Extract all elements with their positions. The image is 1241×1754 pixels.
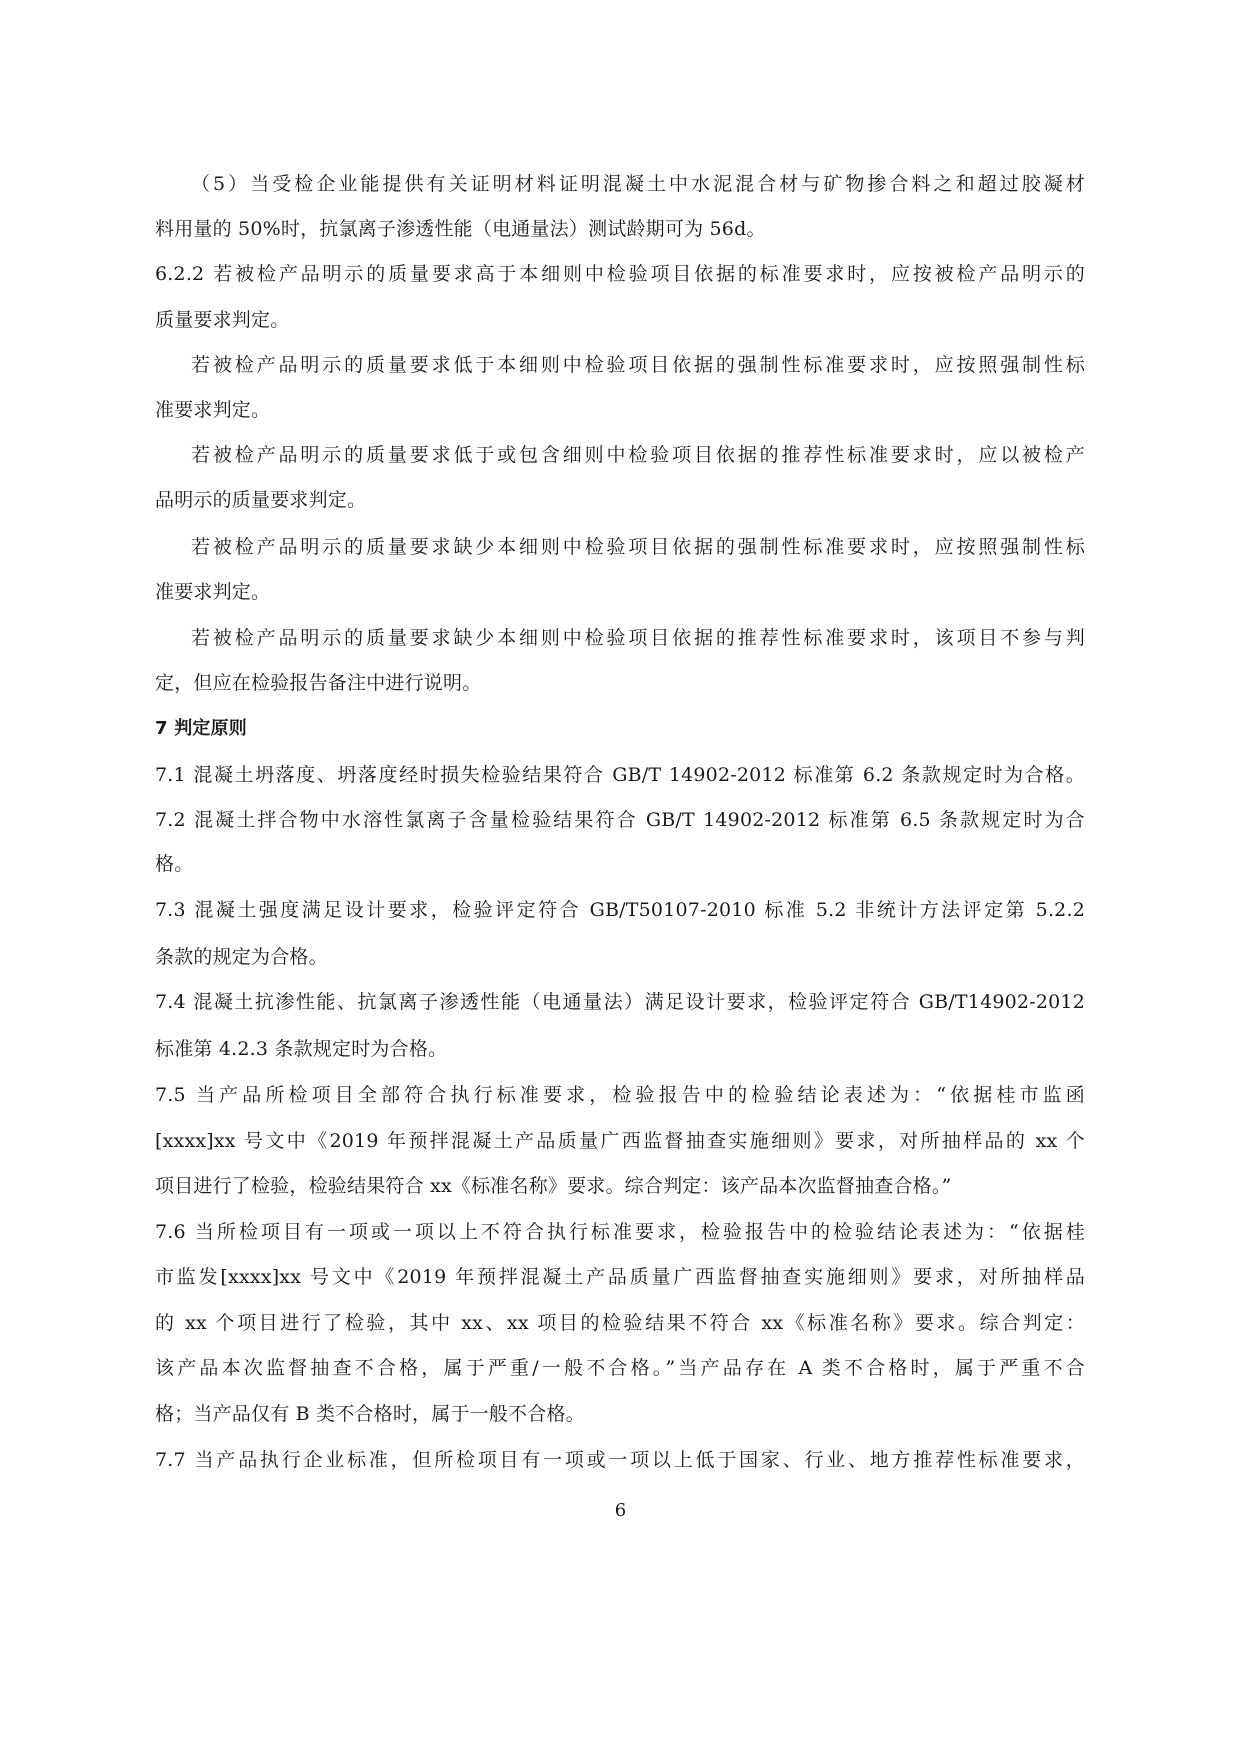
paragraph-recommended-missing-line-2: 定，但应在检验报告备注中进行说明。 — [155, 671, 1085, 695]
clause-7-6-line-2: 市监发[xxxx]xx 号文中《2019 年预拌混凝土产品质量广西监督抽查实施细… — [155, 1265, 1085, 1289]
clause-7-3-line-1: 7.3 混凝土强度满足设计要求，检验评定符合 GB/T50107-2010 标准… — [155, 898, 1085, 922]
paragraph-recommended-missing-line-1: 若被检产品明示的质量要求缺少本细则中检验项目依据的推荐性标准要求时，该项目不参与… — [191, 626, 1085, 650]
clause-7-2-line-2: 格。 — [155, 852, 1085, 876]
clause-7-6-line-4: 该产品本次监督抽查不合格，属于严重/一般不合格。”当产品存在 A 类不合格时，属… — [155, 1356, 1085, 1380]
paragraph-recommended-lower-line-2: 品明示的质量要求判定。 — [155, 488, 1085, 512]
clause-7-5-line-2: [xxxx]xx 号文中《2019 年预拌混凝土产品质量广西监督抽查实施细则》要… — [155, 1129, 1085, 1153]
clause-6-2-2-line-2: 质量要求判定。 — [155, 308, 1085, 332]
clause-6-2-2-line-1: 6.2.2 若被检产品明示的质量要求高于本细则中检验项目依据的标准要求时，应按被… — [155, 262, 1085, 286]
paragraph-mandatory-lower-line-1: 若被检产品明示的质量要求低于本细则中检验项目依据的强制性标准要求时，应按照强制性… — [191, 353, 1085, 377]
paragraph-recommended-lower-line-1: 若被检产品明示的质量要求低于或包含细则中检验项目依据的推荐性标准要求时，应以被检… — [191, 443, 1085, 467]
clause-7-4-line-2: 标准第 4.2.3 条款规定时为合格。 — [155, 1037, 1085, 1061]
paragraph-5-line-2: 料用量的 50%时，抗氯离子渗透性能（电通量法）测试龄期可为 56d。 — [155, 217, 1085, 241]
document-page: （5）当受检企业能提供有关证明材料证明混凝土中水泥混合材与矿物掺合料之和超过胶凝… — [0, 0, 1241, 1754]
paragraph-mandatory-missing-line-1: 若被检产品明示的质量要求缺少本细则中检验项目依据的强制性标准要求时，应按照强制性… — [191, 535, 1085, 559]
clause-7-6-line-1: 7.6 当所检项目有一项或一项以上不符合执行标准要求，检验报告中的检验结论表述为… — [155, 1220, 1085, 1244]
clause-7-6-line-5: 格；当产品仅有 B 类不合格时，属于一般不合格。 — [155, 1402, 1085, 1426]
paragraph-5-line-1: （5）当受检企业能提供有关证明材料证明混凝土中水泥混合材与矿物掺合料之和超过胶凝… — [191, 172, 1085, 196]
clause-7-7-line-1: 7.7 当产品执行企业标准，但所检项目有一项或一项以上低于国家、行业、地方推荐性… — [155, 1448, 1085, 1472]
clause-7-4-line-1: 7.4 混凝土抗渗性能、抗氯离子渗透性能（电通量法）满足设计要求，检验评定符合 … — [155, 990, 1085, 1014]
paragraph-mandatory-lower-line-2: 准要求判定。 — [155, 398, 1085, 422]
clause-7-1: 7.1 混凝土坍落度、坍落度经时损失检验结果符合 GB/T 14902-2012… — [155, 763, 1085, 787]
clause-7-3-line-2: 条款的规定为合格。 — [155, 945, 1085, 969]
section-heading-7: 7 判定原则 — [155, 717, 1085, 741]
clause-7-6-line-3: 的 xx 个项目进行了检验，其中 xx、xx 项目的检验结果不符合 xx《标准名… — [155, 1311, 1085, 1335]
clause-7-5-line-3: 项目进行了检验，检验结果符合 xx《标准名称》要求。综合判定：该产品本次监督抽查… — [155, 1174, 1085, 1198]
clause-7-2-line-1: 7.2 混凝土拌合物中水溶性氯离子含量检验结果符合 GB/T 14902-201… — [155, 808, 1085, 832]
clause-7-5-line-1: 7.5 当产品所检项目全部符合执行标准要求，检验报告中的检验结论表述为：“依据桂… — [155, 1083, 1085, 1107]
paragraph-mandatory-missing-line-2: 准要求判定。 — [155, 580, 1085, 604]
page-number: 6 — [0, 1500, 1241, 1521]
